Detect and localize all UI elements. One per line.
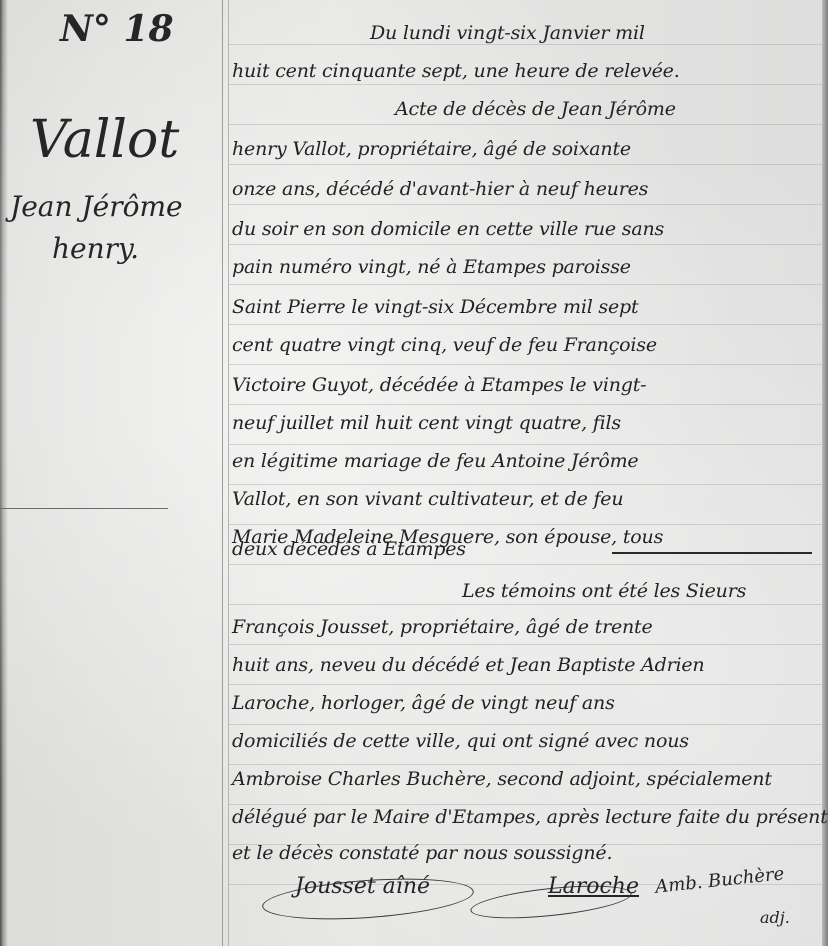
ruled-line: [229, 644, 822, 645]
signature-officer-title: adj.: [760, 908, 790, 927]
text-line: Laroche, horloger, âgé de vingt neuf ans: [232, 692, 822, 714]
ruled-line: [229, 764, 822, 765]
margin-surname: Vallot: [30, 110, 179, 170]
text-line: Les témoins ont été les Sieurs: [462, 580, 828, 602]
page-edge: [822, 0, 828, 946]
ruled-line: [229, 44, 822, 45]
text-line: François Jousset, propriétaire, âgé de t…: [232, 616, 822, 638]
margin-rule: [222, 0, 223, 946]
ruled-line: [229, 124, 822, 125]
ruled-line: [229, 204, 822, 205]
ruled-line: [229, 364, 822, 365]
signature-officer: Amb. Buchère: [654, 863, 785, 897]
text-line: et le décès constaté par nous soussigné.: [232, 842, 822, 864]
margin-separator: [0, 508, 168, 509]
ruled-line: [229, 524, 822, 525]
text-line: cent quatre vingt cinq, veuf de feu Fran…: [232, 334, 822, 356]
ruled-line: [229, 244, 822, 245]
ruled-line: [229, 164, 822, 165]
register-page: N° 18 Vallot Jean Jérôme henry. Du lundi…: [0, 0, 828, 946]
ruled-line: [229, 564, 822, 565]
text-line: domiciliés de cette ville, qui ont signé…: [232, 730, 822, 752]
text-line: en légitime mariage de feu Antoine Jérôm…: [232, 450, 822, 472]
text-line: Ambroise Charles Buchère, second adjoint…: [232, 768, 822, 790]
signature-witness-2: Laroche: [548, 874, 639, 899]
text-line: huit ans, neveu du décédé et Jean Baptis…: [232, 654, 822, 676]
text-line: Acte de décès de Jean Jérôme: [395, 98, 828, 120]
text-line: neuf juillet mil huit cent vingt quatre,…: [232, 412, 822, 434]
text-line: délégué par le Maire d'Etampes, après le…: [232, 806, 822, 828]
margin-given-names: Jean Jérôme: [10, 190, 183, 223]
ruled-line: [229, 444, 822, 445]
entry-number: N° 18: [60, 8, 174, 50]
text-line: henry Vallot, propriétaire, âgé de soixa…: [232, 138, 822, 160]
text-line: Saint Pierre le vingt-six Décembre mil s…: [232, 296, 822, 318]
text-line: deux décédés à Etampes: [232, 538, 822, 560]
ruled-line: [229, 684, 822, 685]
ruled-line: [229, 404, 822, 405]
text-line: Victoire Guyot, décédée à Etampes le vin…: [232, 374, 822, 396]
margin-given-names-cont: henry.: [52, 232, 139, 265]
text-line: Vallot, en son vivant cultivateur, et de…: [232, 488, 822, 510]
text-line: huit cent cinquante sept, une heure de r…: [232, 60, 822, 82]
ruled-line: [229, 284, 822, 285]
text-line: du soir en son domicile en cette ville r…: [232, 218, 822, 240]
closing-rule: [612, 552, 812, 554]
ruled-line: [229, 324, 822, 325]
ruled-line: [229, 724, 822, 725]
ruled-line: [229, 604, 822, 605]
ruled-line: [229, 484, 822, 485]
text-line: pain numéro vingt, né à Etampes paroisse: [232, 256, 822, 278]
ruled-line: [229, 84, 822, 85]
ruled-line: [229, 804, 822, 805]
text-line: Du lundi vingt-six Janvier mil: [370, 22, 828, 44]
text-line: onze ans, décédé d'avant-hier à neuf heu…: [232, 178, 822, 200]
signature-witness-1: Jousset aîné: [295, 874, 430, 899]
